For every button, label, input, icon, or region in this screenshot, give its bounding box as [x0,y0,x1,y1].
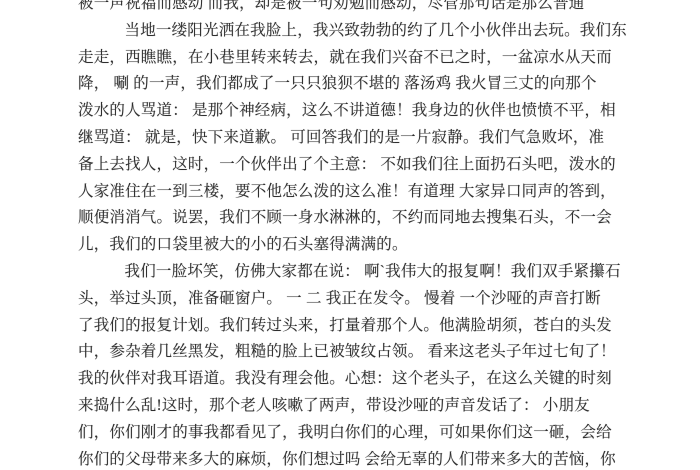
text-line: 泼水的人骂道： 是那个神经病，这么不讲道德！我身边的伙伴也愤愤不平，相 [78,98,630,125]
text-line: 顺便消消气。说罢，我们不顾一身水淋淋的，不约而同地去搜集石头，不一会 [78,205,630,232]
text-line: 儿，我们的口袋里被大的小的石头塞得满满的。 [78,232,630,259]
text-line: 降， 唰 的一声，我们都成了一只只狼狈不堪的 落汤鸡 我火冒三丈的向那个 [78,71,630,98]
text-line: 我的伙伴对我耳语道。我没有理会他。心想：这个老头子，在这么关键的时刻 [78,366,630,393]
text-line: 了我们的报复计划。我们转过头来，打量着那个人。他满脸胡须，苍白的头发 [78,313,630,340]
text-line: 头，举过头顶，准备砸窗户。 一 二 我正在发令。 慢着 一个沙哑的声音打断 [78,286,630,313]
text-line: 你们的父母带来多大的麻烦，你们想过吗 会给无辜的人们带来多大的苦恼，你 [78,447,630,470]
text-line: 当地一缕阳光洒在我脸上，我兴致勃勃的约了几个小伙伴出去玩。我们东 [78,18,630,45]
text-line: 中，参杂着几丝黑发，粗糙的脸上已被皱纹占领。 看来这老头子年过七旬了！ [78,339,630,366]
text-line: 我们一脸坏笑，仿佛大家都在说： 啊`我伟大的报复啊！我们双手紧攥石 [78,259,630,286]
text-line: 们，你们刚才的事我都看见了，我明白你们的心理，可如果你们这一砸，会给 [78,420,630,447]
text-line: 走走，西瞧瞧，在小巷里转来转去，就在我们兴奋不已之时，一盆凉水从天而 [78,45,630,72]
text-line: 来捣什么乱!这时，那个老人咳嗽了两声，带设沙哑的声音发话了： 小朋友 [78,393,630,420]
document-page: 被一声祝福而感动 而我，却是被一句劝勉而感动，尽管那句话是那么普通当地一缕阳光洒… [78,0,630,470]
text-line: 继骂道： 就是，快下来道歉。 可回答我们的是一片寂静。我们气急败坏，准 [78,125,630,152]
text-line: 人家准住在一到三楼，要不他怎么泼的这么准！有道理 大家异口同声的答到， [78,179,630,206]
text-line: 被一声祝福而感动 而我，却是被一句劝勉而感动，尽管那句话是那么普通 [78,0,630,18]
text-line: 备上去找人，这时，一个伙伴出了个主意： 不如我们往上面扔石头吧，泼水的 [78,152,630,179]
